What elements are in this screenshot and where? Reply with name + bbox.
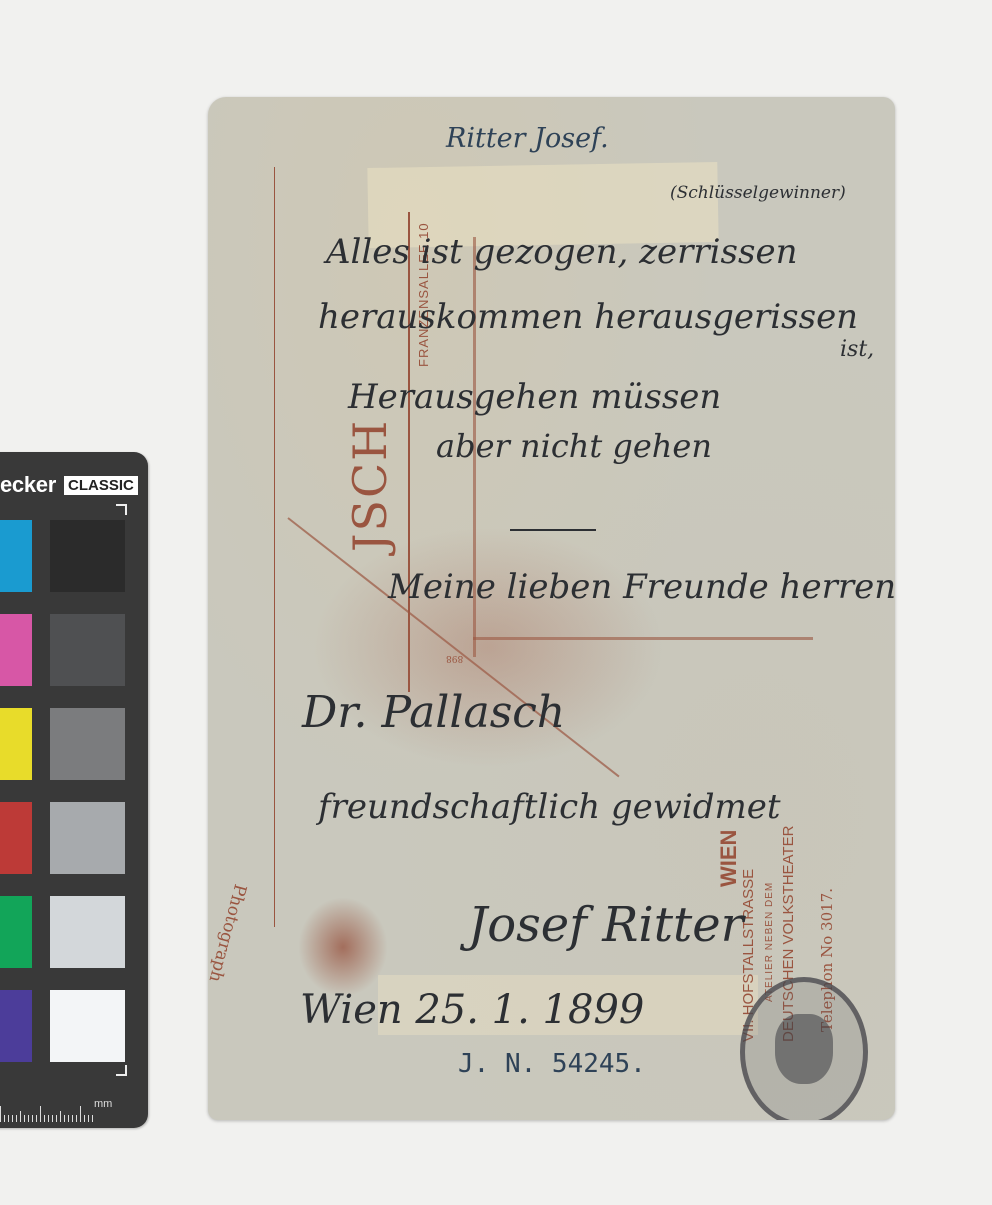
eagle-icon	[775, 1014, 833, 1084]
inventory-number: J. N. 54245.	[458, 1049, 646, 1079]
corner-mark-icon	[116, 504, 127, 515]
divider-dash	[510, 529, 596, 531]
color-patch	[0, 990, 32, 1062]
ruler-unit: mm	[94, 1098, 112, 1110]
dedication-name: Dr. Pallasch	[302, 687, 565, 738]
gray-patch	[50, 802, 125, 874]
corner-mark-icon	[116, 1065, 127, 1076]
profession-label: Photograph	[208, 882, 250, 984]
color-patch	[0, 520, 32, 592]
poem-line: aber nicht gehen	[436, 427, 712, 465]
studio-name: JSCH	[343, 419, 397, 552]
mm-ruler	[0, 1104, 92, 1122]
poem-line: ist,	[840, 337, 874, 362]
dedication-line: freundschaftlich gewidmet	[318, 787, 781, 827]
color-checker-card: ecker CLASSIC mm	[0, 452, 148, 1128]
poem-line: Herausgehen müssen	[348, 377, 721, 417]
color-patch	[0, 614, 32, 686]
gray-patch	[50, 990, 125, 1062]
museum-stamp	[740, 977, 868, 1120]
poem-line: Alles ist gezogen, zerrissen	[326, 232, 797, 272]
floral-ornament	[298, 517, 678, 777]
color-patch	[0, 802, 32, 874]
gray-patch	[50, 614, 125, 686]
color-patch	[0, 708, 32, 780]
checker-brand: ecker	[0, 472, 56, 498]
gray-patch	[50, 520, 125, 592]
handwritten-note: (Schlüsselgewinner)	[670, 183, 846, 203]
city-name: WIEN	[716, 830, 742, 887]
plate-number: 898	[446, 653, 463, 663]
double-eagle-emblem-icon	[298, 897, 388, 997]
cabinet-card-back: JSCH FRANZENSALLEE 10 WIEN VII. HOFSTALL…	[208, 97, 895, 1120]
color-patch	[0, 896, 32, 968]
place-date: Wien 25. 1. 1899	[300, 987, 644, 1033]
gray-patch	[50, 896, 125, 968]
gray-patch	[50, 708, 125, 780]
sitter-name: Ritter Josef.	[446, 123, 609, 154]
poem-line: herauskommen herausgerissen	[318, 297, 858, 337]
checker-badge: CLASSIC	[64, 476, 138, 495]
dedication-line: Meine lieben Freunde herren	[388, 567, 895, 607]
atelier-text: ATELIER NEBEN DEM	[764, 882, 775, 1002]
signature: Josef Ritter	[468, 897, 744, 953]
frame-line	[274, 167, 275, 927]
